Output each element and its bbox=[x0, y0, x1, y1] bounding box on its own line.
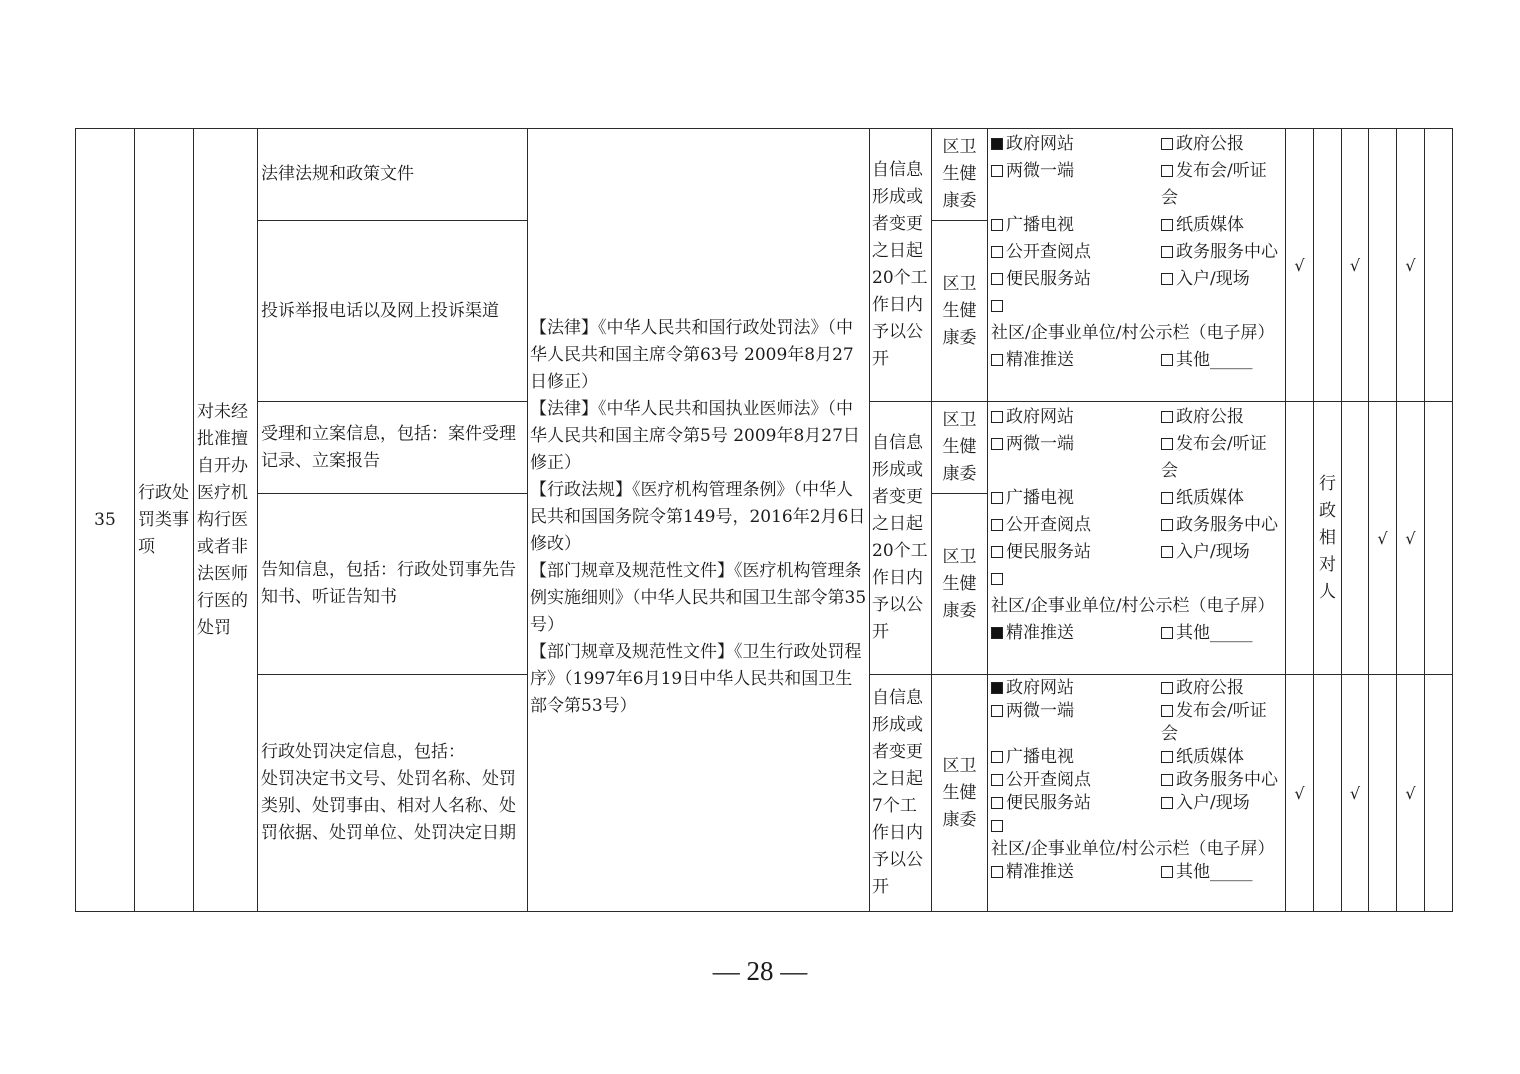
check-mark-icon: √ bbox=[1294, 780, 1304, 807]
unchecked-box-icon bbox=[1161, 751, 1173, 763]
content-cell-4: 告知信息，包括：行政处罚事先告知书、听证告知书 bbox=[257, 493, 528, 675]
content-text: 法律法规和政策文件 bbox=[261, 161, 525, 188]
channel-option: 便民服务站 bbox=[991, 539, 1161, 566]
unchecked-box-icon bbox=[1161, 866, 1173, 878]
checked-box-icon bbox=[991, 138, 1003, 150]
basis-item: 【部门规章及规范性文件】《医疗机构管理条例实施细则》（中华人民共和国卫生部令第3… bbox=[530, 558, 868, 639]
unchecked-box-icon bbox=[1161, 246, 1173, 258]
basis-item: 【部门规章及规范性文件】《卫生行政处罚程序》（1997年6月19日中华人民共和国… bbox=[530, 639, 868, 720]
channel-option: 政府网站 bbox=[991, 677, 1161, 700]
item-text: 对未经批准擅自开办医疗机构行医或者非法医师行医的处罚 bbox=[197, 399, 255, 642]
time-limit-text: 自信息形成或者变更之日起20个工作日内予以公开 bbox=[872, 157, 931, 373]
channel-option: 广播电视 bbox=[991, 746, 1161, 769]
mark-cell: √ bbox=[1368, 401, 1397, 675]
content-text-body: 处罚决定书文号、处罚名称、处罚类别、处罚事由、相对人名称、处罚依据、处罚单位、处… bbox=[261, 766, 525, 847]
unchecked-box-icon bbox=[991, 546, 1003, 558]
subject-text: 区卫生健康委 bbox=[940, 407, 979, 488]
basis-item: 【法律】《中华人民共和国行政处罚法》（中华人民共和国主席令第63号 2009年8… bbox=[530, 315, 868, 396]
unchecked-box-icon bbox=[991, 866, 1003, 878]
channel-option: 社区/企事业单位/村公示栏（电子屏） bbox=[991, 815, 1283, 861]
mark-cell bbox=[1424, 674, 1453, 912]
mark-cell bbox=[1368, 128, 1397, 402]
unchecked-box-icon bbox=[991, 354, 1003, 366]
content-cell-3: 受理和立案信息，包括：案件受理记录、立案报告 bbox=[257, 401, 528, 494]
unchecked-box-icon bbox=[991, 438, 1003, 450]
mark-cell bbox=[1313, 674, 1342, 912]
check-mark-icon: √ bbox=[1405, 525, 1415, 552]
unchecked-box-icon bbox=[991, 492, 1003, 504]
basis-item: 【行政法规】《医疗机构管理条例》（中华人民共和国国务院令第149号，2016年2… bbox=[530, 477, 868, 558]
time-limit-text: 自信息形成或者变更之日起20个工作日内予以公开 bbox=[872, 430, 931, 646]
subject-cell-1: 区卫生健康委 bbox=[931, 128, 988, 221]
unchecked-box-icon bbox=[1161, 273, 1173, 285]
channel-option: 公开查阅点 bbox=[991, 769, 1161, 792]
channel-option: 纸质媒体 bbox=[1161, 485, 1283, 512]
time-limit-text: 自信息形成或者变更之日起7个工作日内予以公开 bbox=[872, 685, 931, 901]
checked-box-icon bbox=[991, 627, 1003, 639]
content-text: 受理和立案信息，包括：案件受理记录、立案报告 bbox=[261, 421, 525, 475]
content-cell-1: 法律法规和政策文件 bbox=[257, 128, 528, 221]
check-mark-icon: √ bbox=[1405, 252, 1415, 279]
unchecked-box-icon bbox=[991, 797, 1003, 809]
document-page: 35 行政处罚类事项 对未经批准擅自开办医疗机构行医或者非法医师行医的处罚 法律… bbox=[0, 0, 1520, 1074]
channel-option: 政府网站 bbox=[991, 404, 1161, 431]
channel-option: 精准推送 bbox=[991, 861, 1161, 884]
unchecked-box-icon bbox=[1161, 797, 1173, 809]
check-mark-icon: √ bbox=[1350, 252, 1360, 279]
channel-option: 政务服务中心 bbox=[1161, 239, 1283, 266]
channel-option: 纸质媒体 bbox=[1161, 212, 1283, 239]
subject-cell-4: 区卫生健康委 bbox=[931, 493, 988, 675]
unchecked-box-icon bbox=[1161, 774, 1173, 786]
channel-option: 发布会/听证会 bbox=[1161, 700, 1283, 746]
unchecked-box-icon bbox=[1161, 138, 1173, 150]
channel-option: 入户/现场 bbox=[1161, 539, 1283, 566]
mark-cell bbox=[1341, 401, 1369, 675]
mark-cell: √ bbox=[1396, 674, 1425, 912]
mark-cell: √ bbox=[1285, 674, 1314, 912]
channel-option: 政务服务中心 bbox=[1161, 512, 1283, 539]
mark-text: 行政相对人 bbox=[1319, 471, 1337, 606]
category-cell: 行政处罚类事项 bbox=[134, 128, 194, 912]
channel-group-3: 政府网站政府公报两微一端发布会/听证会广播电视纸质媒体公开查阅点政务服务中心便民… bbox=[987, 674, 1286, 912]
time-limit-cell-3: 自信息形成或者变更之日起7个工作日内予以公开 bbox=[869, 674, 932, 912]
unchecked-box-icon bbox=[991, 774, 1003, 786]
content-text: 投诉举报电话以及网上投诉渠道 bbox=[261, 298, 525, 325]
unchecked-box-icon bbox=[991, 246, 1003, 258]
row-index-cell: 35 bbox=[75, 128, 135, 912]
channel-group-2: 政府网站政府公报两微一端发布会/听证会广播电视纸质媒体公开查阅点政务服务中心便民… bbox=[987, 401, 1286, 675]
check-mark-icon: √ bbox=[1377, 525, 1387, 552]
unchecked-box-icon bbox=[991, 573, 1003, 585]
unchecked-box-icon bbox=[991, 273, 1003, 285]
channel-option: 纸质媒体 bbox=[1161, 746, 1283, 769]
channel-option: 政府公报 bbox=[1161, 131, 1283, 158]
channel-option: 入户/现场 bbox=[1161, 266, 1283, 293]
mark-cell bbox=[1424, 401, 1453, 675]
channel-option: 社区/企事业单位/村公示栏（电子屏） bbox=[991, 566, 1283, 620]
unchecked-box-icon bbox=[991, 219, 1003, 231]
channel-option: 广播电视 bbox=[991, 212, 1161, 239]
unchecked-box-icon bbox=[991, 820, 1003, 832]
basis-cell: 【法律】《中华人民共和国行政处罚法》（中华人民共和国主席令第63号 2009年8… bbox=[527, 128, 870, 912]
check-mark-icon: √ bbox=[1405, 780, 1415, 807]
time-limit-cell-1: 自信息形成或者变更之日起20个工作日内予以公开 bbox=[869, 128, 932, 402]
unchecked-box-icon bbox=[1161, 546, 1173, 558]
content-text: 告知信息，包括：行政处罚事先告知书、听证告知书 bbox=[261, 557, 525, 611]
check-mark-icon: √ bbox=[1294, 252, 1304, 279]
page-number: — 28 — bbox=[0, 956, 1520, 987]
unchecked-box-icon bbox=[991, 751, 1003, 763]
mark-cell: √ bbox=[1341, 674, 1369, 912]
channel-option: 其他_____ bbox=[1161, 861, 1283, 884]
channel-option: 政府公报 bbox=[1161, 677, 1283, 700]
channel-option: 发布会/听证会 bbox=[1161, 158, 1283, 212]
unchecked-box-icon bbox=[1161, 492, 1173, 504]
content-text-heading: 行政处罚决定信息，包括： bbox=[261, 739, 525, 766]
mark-cell: √ bbox=[1396, 401, 1425, 675]
channel-option: 政务服务中心 bbox=[1161, 769, 1283, 792]
channel-option: 精准推送 bbox=[991, 620, 1161, 647]
content-cell-5: 行政处罚决定信息，包括： 处罚决定书文号、处罚名称、处罚类别、处罚事由、相对人名… bbox=[257, 674, 528, 912]
content-cell-2: 投诉举报电话以及网上投诉渠道 bbox=[257, 220, 528, 402]
channel-option: 精准推送 bbox=[991, 347, 1161, 374]
unchecked-box-icon bbox=[1161, 627, 1173, 639]
subject-cell-3: 区卫生健康委 bbox=[931, 401, 988, 494]
mark-cell bbox=[1313, 128, 1342, 402]
row-index: 35 bbox=[94, 507, 116, 534]
channel-option: 两微一端 bbox=[991, 700, 1161, 746]
channel-option: 广播电视 bbox=[991, 485, 1161, 512]
channel-option: 两微一端 bbox=[991, 431, 1161, 485]
unchecked-box-icon bbox=[1161, 705, 1173, 717]
channel-option: 政府网站 bbox=[991, 131, 1161, 158]
channel-option: 政府公报 bbox=[1161, 404, 1283, 431]
channel-option: 便民服务站 bbox=[991, 792, 1161, 815]
channel-option: 其他_____ bbox=[1161, 347, 1283, 374]
unchecked-box-icon bbox=[1161, 219, 1173, 231]
checked-box-icon bbox=[991, 682, 1003, 694]
category-text: 行政处罚类事项 bbox=[138, 480, 191, 561]
channel-option: 公开查阅点 bbox=[991, 512, 1161, 539]
unchecked-box-icon bbox=[1161, 165, 1173, 177]
basis-item: 【法律】《中华人民共和国执业医师法》（中华人民共和国主席令第5号 2009年8月… bbox=[530, 396, 868, 477]
mark-cell: √ bbox=[1341, 128, 1369, 402]
mark-cell: 行政相对人 bbox=[1313, 401, 1342, 675]
unchecked-box-icon bbox=[991, 411, 1003, 423]
channel-option: 社区/企事业单位/村公示栏（电子屏） bbox=[991, 293, 1283, 347]
mark-cell: √ bbox=[1285, 128, 1314, 402]
subject-text: 区卫生健康委 bbox=[940, 753, 979, 834]
unchecked-box-icon bbox=[991, 165, 1003, 177]
item-cell: 对未经批准擅自开办医疗机构行医或者非法医师行医的处罚 bbox=[193, 128, 258, 912]
channel-option: 便民服务站 bbox=[991, 266, 1161, 293]
unchecked-box-icon bbox=[1161, 438, 1173, 450]
mark-cell: √ bbox=[1396, 128, 1425, 402]
unchecked-box-icon bbox=[991, 300, 1003, 312]
check-mark-icon: √ bbox=[1350, 780, 1360, 807]
subject-text: 区卫生健康委 bbox=[940, 544, 979, 625]
mark-cell bbox=[1424, 128, 1453, 402]
channel-option: 发布会/听证会 bbox=[1161, 431, 1283, 485]
unchecked-box-icon bbox=[991, 519, 1003, 531]
unchecked-box-icon bbox=[1161, 519, 1173, 531]
subject-cell-5: 区卫生健康委 bbox=[931, 674, 988, 912]
unchecked-box-icon bbox=[1161, 411, 1173, 423]
subject-cell-2: 区卫生健康委 bbox=[931, 220, 988, 402]
time-limit-cell-2: 自信息形成或者变更之日起20个工作日内予以公开 bbox=[869, 401, 932, 675]
channel-group-1: 政府网站政府公报两微一端发布会/听证会广播电视纸质媒体公开查阅点政务服务中心便民… bbox=[987, 128, 1286, 402]
unchecked-box-icon bbox=[1161, 682, 1173, 694]
channel-option: 两微一端 bbox=[991, 158, 1161, 212]
unchecked-box-icon bbox=[991, 705, 1003, 717]
channel-option: 公开查阅点 bbox=[991, 239, 1161, 266]
subject-text: 区卫生健康委 bbox=[940, 134, 979, 215]
mark-cell bbox=[1285, 401, 1314, 675]
channel-option: 其他_____ bbox=[1161, 620, 1283, 647]
subject-text: 区卫生健康委 bbox=[940, 271, 979, 352]
channel-option: 入户/现场 bbox=[1161, 792, 1283, 815]
mark-cell bbox=[1368, 674, 1397, 912]
unchecked-box-icon bbox=[1161, 354, 1173, 366]
